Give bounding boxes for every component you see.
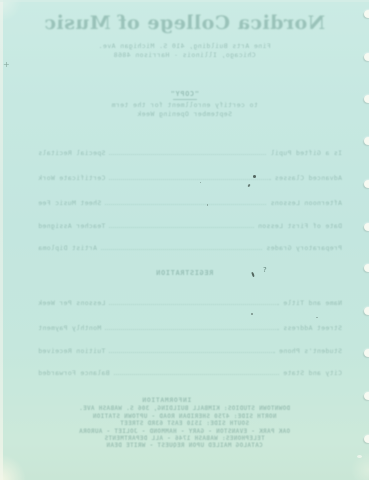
dotted-leader bbox=[109, 346, 274, 353]
bleed-form-label: Advanced Classes bbox=[275, 174, 342, 182]
punch-hole bbox=[364, 53, 369, 61]
bleed-form-label: City and State bbox=[283, 369, 342, 377]
bleed-notice-quoted: "COPY" bbox=[0, 90, 369, 98]
punch-hole bbox=[364, 349, 369, 357]
bleed-notice-underline bbox=[173, 99, 197, 100]
ink-speck bbox=[253, 175, 256, 178]
ink-speck bbox=[251, 313, 253, 315]
bleed-address-line2: Chicago, Illinois - Harrison 4868 bbox=[0, 51, 369, 59]
bleed-form-label: Lessons Per Week bbox=[38, 299, 105, 307]
bleed-form-row: Preparatory Grades Artist Diploma bbox=[38, 242, 342, 252]
bleed-form-row: Name and Title Lessons Per Week bbox=[38, 297, 342, 307]
paper-scratch bbox=[357, 455, 362, 458]
stray-question-mark: ? bbox=[263, 266, 267, 274]
bleed-section-heading: REGISTRATION bbox=[0, 269, 369, 277]
bleed-form-label: Street Address bbox=[283, 324, 342, 332]
punch-hole bbox=[364, 10, 369, 18]
punch-hole bbox=[364, 180, 369, 188]
bleed-footer-line: NORTH SIDE: 4750 SHERIDAN ROAD - UPTOWN … bbox=[0, 413, 369, 420]
punch-hole bbox=[364, 435, 369, 443]
bleed-form-label: Name and Title bbox=[283, 299, 342, 307]
bleed-form-row: Student's Phone Tuition Received bbox=[38, 345, 342, 355]
punch-hole bbox=[364, 95, 369, 103]
bleed-footer-line: SOUTH SIDE: 1510 EAST 63RD STREET bbox=[0, 420, 369, 427]
bleed-form-row: Advanced Classes Certificate Work bbox=[38, 172, 342, 182]
pencil-plus-mark: + bbox=[3, 60, 10, 69]
bleed-notice-line3: September Opening Week bbox=[0, 110, 369, 118]
bleed-form-label: Is a Gifted Pupil bbox=[270, 149, 342, 157]
bleed-title: Nordica College of Music bbox=[24, 12, 345, 38]
dotted-leader bbox=[105, 198, 266, 205]
bleed-form-label: Balance Forwarded bbox=[38, 369, 110, 377]
bleed-form-label: Teacher Assigned bbox=[38, 222, 105, 230]
bleed-address-line1: Fine Arts Building, 410 S. Michigan Ave. bbox=[0, 42, 369, 50]
dotted-leader bbox=[109, 148, 266, 155]
bleed-footer-heading: INFORMATION bbox=[0, 396, 351, 404]
bleed-footer-line: DOWNTOWN STUDIOS: KIMBALL BUILDING, 306 … bbox=[0, 405, 369, 412]
bleed-form-label: Date of First Lesson bbox=[258, 222, 342, 230]
ink-speck bbox=[316, 317, 318, 318]
bleed-notice-line2: to certify enrollment for the term bbox=[0, 101, 369, 109]
ink-speck bbox=[247, 184, 250, 188]
dotted-leader bbox=[109, 298, 279, 305]
bleed-footer-line: OAK PARK - EVANSTON - GARY - HAMMOND - J… bbox=[0, 428, 369, 435]
dotted-leader bbox=[101, 243, 262, 250]
bleed-form-label: Student's Phone bbox=[279, 347, 342, 355]
ink-speck bbox=[207, 204, 208, 206]
dotted-leader bbox=[105, 323, 279, 330]
bleed-form-label: Afternoon Lessons bbox=[270, 199, 342, 207]
punch-hole bbox=[364, 137, 369, 145]
bleed-footer-line: CATALOG MAILED UPON REQUEST - WRITE DEAN bbox=[0, 442, 369, 449]
bleed-form-label: Tuition Received bbox=[38, 347, 105, 355]
bleed-form-row: Street Address Monthly Payment bbox=[38, 322, 342, 332]
bleed-form-label: Sheet Music Fee bbox=[38, 199, 101, 207]
dotted-leader bbox=[109, 221, 253, 228]
bleed-form-row: City and State Balance Forwarded bbox=[38, 367, 342, 377]
page-top-edge bbox=[0, 0, 369, 2]
punch-hole bbox=[364, 264, 369, 272]
bleed-form-label: Artist Diploma bbox=[38, 244, 97, 252]
bleed-form-row: Afternoon Lessons Sheet Music Fee bbox=[38, 197, 342, 207]
bleed-form-label: Preparatory Grades bbox=[266, 244, 342, 252]
bleed-form-label: Special Recitals bbox=[38, 149, 105, 157]
bleed-form-row: Is a Gifted Pupil Special Recitals bbox=[38, 147, 342, 157]
punch-hole bbox=[364, 307, 369, 315]
ink-speck bbox=[200, 182, 201, 183]
scanned-blank-page: Nordica College of Music Fine Arts Build… bbox=[0, 0, 369, 480]
dotted-leader bbox=[109, 173, 270, 180]
punch-hole bbox=[364, 223, 369, 231]
bleed-form-label: Monthly Payment bbox=[38, 324, 101, 332]
bleed-form-row: Date of First Lesson Teacher Assigned bbox=[38, 220, 342, 230]
dotted-leader bbox=[114, 368, 279, 375]
bleed-form-label: Certificate Work bbox=[38, 174, 105, 182]
punch-hole bbox=[364, 392, 369, 400]
